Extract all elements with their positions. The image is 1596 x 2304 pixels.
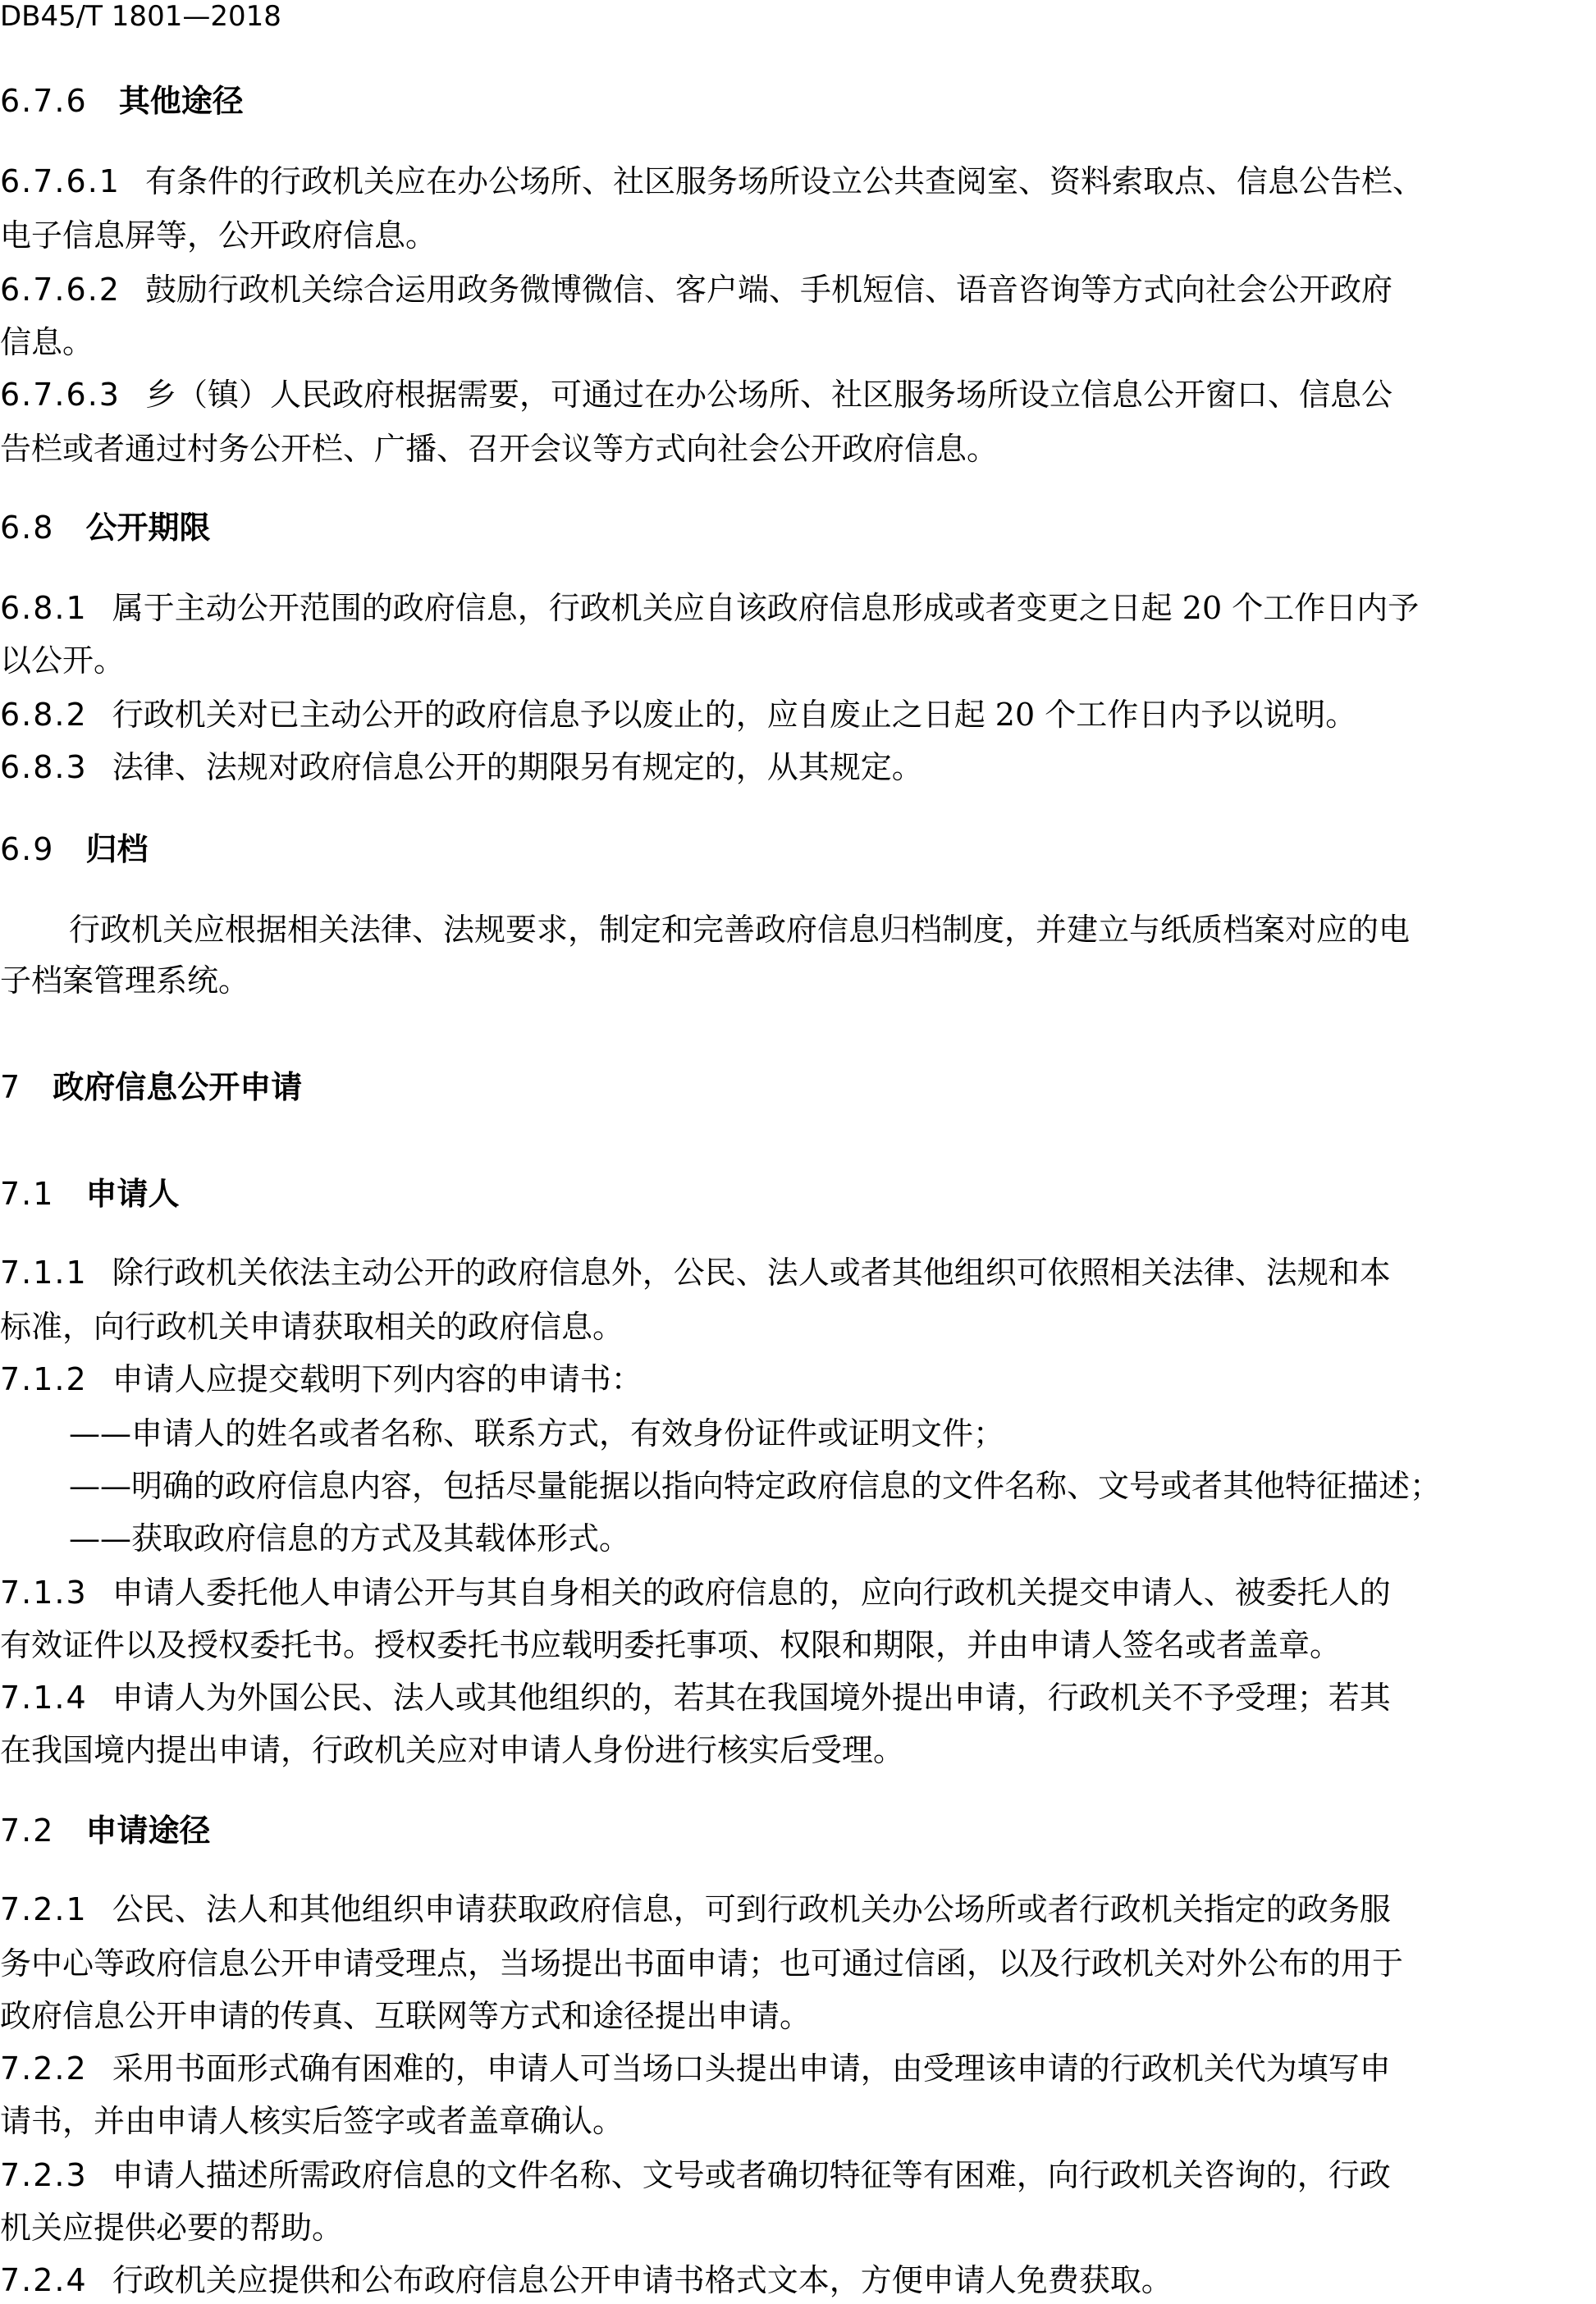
clause-line: 6.8.3法律、法规对政府信息公开的期限另有规定的，从其规定。: [0, 748, 923, 786]
section-title: 公开期限: [85, 510, 210, 546]
list-item: ——获取政府信息的方式及其载体形式。: [0, 1520, 630, 1557]
clause-number: 6.8.3: [0, 749, 88, 785]
clause-number: 7.2.1: [0, 1891, 88, 1927]
section-title: 申请人: [85, 1176, 179, 1212]
section-heading: 7.2申请途径: [0, 1812, 210, 1849]
section-heading: 6.7.6其他途径: [0, 82, 244, 120]
clause-text: 申请人为外国公民、法人或其他组织的，若其在我国境外提出申请，行政机关不予受理；若…: [112, 1680, 1391, 1716]
section-title: 归档: [85, 831, 148, 867]
clause-line: 7.2.4行政机关应提供和公布政府信息公开申请书格式文本，方便申请人免费获取。: [0, 2261, 1173, 2299]
section-number: 7.1: [0, 1176, 54, 1212]
section-title: 申请途径: [85, 1813, 210, 1849]
text-line: 行政机关应根据相关法律、法规要求，制定和完善政府信息归档制度，并建立与纸质档案对…: [0, 911, 1410, 949]
section-heading: 6.9归档: [0, 830, 148, 868]
clause-line: 7.1.1除行政机关依法主动公开的政府信息外，公民、法人或者其他组织可依照相关法…: [0, 1254, 1391, 1291]
clause-line: 7.1.4申请人为外国公民、法人或其他组织的，若其在我国境外提出申请，行政机关不…: [0, 1679, 1391, 1717]
text-line: 子档案管理系统。: [0, 962, 249, 999]
clause-number: 6.8.2: [0, 697, 88, 733]
clause-text: 申请人应提交载明下列内容的申请书：: [112, 1361, 643, 1397]
clause-number: 6.7.6.1: [0, 163, 121, 199]
clause-text: 申请人描述所需政府信息的文件名称、文号或者确切特征等有困难，向行政机关咨询的，行…: [112, 2157, 1391, 2193]
text-line: 信息。: [0, 323, 94, 361]
section-number: 6.7.6: [0, 83, 88, 119]
clause-text: 乡（镇）人民政府根据需要，可通过在办公场所、社区服务场所设立信息公开窗口、信息公: [145, 377, 1392, 413]
clause-number: 7.1.3: [0, 1575, 88, 1611]
text-line: 以公开。: [0, 642, 125, 679]
section-heading: 7.1申请人: [0, 1175, 179, 1213]
clause-number: 6.7.6.2: [0, 272, 121, 308]
section-number: 7: [0, 1069, 21, 1105]
clause-line: 7.1.2申请人应提交载明下列内容的申请书：: [0, 1360, 643, 1398]
clause-text: 有条件的行政机关应在办公场所、社区服务场所设立公共查阅室、资料索取点、信息公告栏…: [145, 163, 1424, 199]
list-item: ——申请人的姓名或者名称、联系方式，有效身份证件或证明文件；: [0, 1415, 1004, 1452]
clause-number: 7.2.4: [0, 2262, 88, 2298]
text-line: 请书，并由申请人核实后签字或者盖章确认。: [0, 2102, 624, 2140]
clause-line: 6.7.6.2鼓励行政机关综合运用政务微博微信、客户端、手机短信、语音咨询等方式…: [0, 271, 1392, 309]
clause-number: 6.8.1: [0, 590, 88, 626]
section-title: 政府信息公开申请: [53, 1069, 302, 1105]
clause-number: 7.1.4: [0, 1680, 88, 1716]
section-number: 6.9: [0, 831, 54, 867]
document-page: DB45/T 1801—2018 6.7.6其他途径6.7.6.1有条件的行政机…: [0, 0, 1596, 2304]
clause-line: 7.1.3申请人委托他人申请公开与其自身相关的政府信息的，应向行政机关提交申请人…: [0, 1574, 1391, 1611]
text-line: 在我国境内提出申请，行政机关应对申请人身份进行核实后受理。: [0, 1731, 904, 1769]
clause-line: 7.2.1公民、法人和其他组织申请获取政府信息，可到行政机关办公场所或者行政机关…: [0, 1890, 1391, 1928]
text-line: 政府信息公开申请的传真、互联网等方式和途径提出申请。: [0, 1997, 811, 2035]
clause-line: 7.2.3申请人描述所需政府信息的文件名称、文号或者确切特征等有困难，向行政机关…: [0, 2156, 1391, 2194]
section-heading: 7政府信息公开申请: [0, 1068, 302, 1106]
text-line: 机关应提供必要的帮助。: [0, 2209, 343, 2247]
clause-text: 除行政机关依法主动公开的政府信息外，公民、法人或者其他组织可依照相关法律、法规和…: [112, 1255, 1391, 1291]
clause-text: 采用书面形式确有困难的，申请人可当场口头提出申请，由受理该申请的行政机关代为填写…: [112, 2050, 1391, 2087]
clause-text: 属于主动公开范围的政府信息，行政机关应自该政府信息形成或者变更之日起 20 个工…: [112, 590, 1420, 626]
clause-number: 7.1.1: [0, 1255, 88, 1291]
clause-number: 6.7.6.3: [0, 377, 121, 413]
clause-text: 鼓励行政机关综合运用政务微博微信、客户端、手机短信、语音咨询等方式向社会公开政府: [145, 272, 1392, 308]
clause-number: 7.2.2: [0, 2050, 88, 2087]
clause-number: 7.1.2: [0, 1361, 88, 1397]
clause-line: 6.8.2行政机关对已主动公开的政府信息予以废止的，应自废止之日起 20 个工作…: [0, 696, 1356, 734]
clause-line: 7.2.2采用书面形式确有困难的，申请人可当场口头提出申请，由受理该申请的行政机…: [0, 2050, 1391, 2087]
section-number: 6.8: [0, 510, 54, 546]
clause-text: 公民、法人和其他组织申请获取政府信息，可到行政机关办公场所或者行政机关指定的政务…: [112, 1891, 1391, 1927]
text-line: 电子信息屏等，公开政府信息。: [0, 217, 437, 254]
clause-text: 申请人委托他人申请公开与其自身相关的政府信息的，应向行政机关提交申请人、被委托人…: [112, 1575, 1391, 1611]
text-line: 标准，向行政机关申请获取相关的政府信息。: [0, 1308, 624, 1346]
text-line: 务中心等政府信息公开申请受理点，当场提出书面申请；也可通过信函，以及行政机关对外…: [0, 1945, 1403, 1982]
section-number: 7.2: [0, 1813, 54, 1849]
clause-line: 6.7.6.3乡（镇）人民政府根据需要，可通过在办公场所、社区服务场所设立信息公…: [0, 376, 1392, 414]
text-line: 告栏或者通过村务公开栏、广播、召开会议等方式向社会公开政府信息。: [0, 430, 998, 468]
clause-number: 7.2.3: [0, 2157, 88, 2193]
clause-text: 行政机关应提供和公布政府信息公开申请书格式文本，方便申请人免费获取。: [112, 2262, 1173, 2298]
document-code-header: DB45/T 1801—2018: [0, 0, 281, 33]
clause-line: 6.7.6.1有条件的行政机关应在办公场所、社区服务场所设立公共查阅室、资料索取…: [0, 162, 1424, 200]
clause-line: 6.8.1属于主动公开范围的政府信息，行政机关应自该政府信息形成或者变更之日起 …: [0, 589, 1419, 627]
section-heading: 6.8公开期限: [0, 509, 210, 546]
clause-text: 行政机关对已主动公开的政府信息予以废止的，应自废止之日起 20 个工作日内予以说…: [112, 697, 1357, 733]
clause-text: 法律、法规对政府信息公开的期限另有规定的，从其规定。: [112, 749, 923, 785]
section-title: 其他途径: [119, 83, 244, 119]
list-item: ——明确的政府信息内容，包括尽量能据以指向特定政府信息的文件名称、文号或者其他特…: [0, 1467, 1441, 1505]
text-line: 有效证件以及授权委托书。授权委托书应载明委托事项、权限和期限，并由申请人签名或者…: [0, 1626, 1341, 1664]
